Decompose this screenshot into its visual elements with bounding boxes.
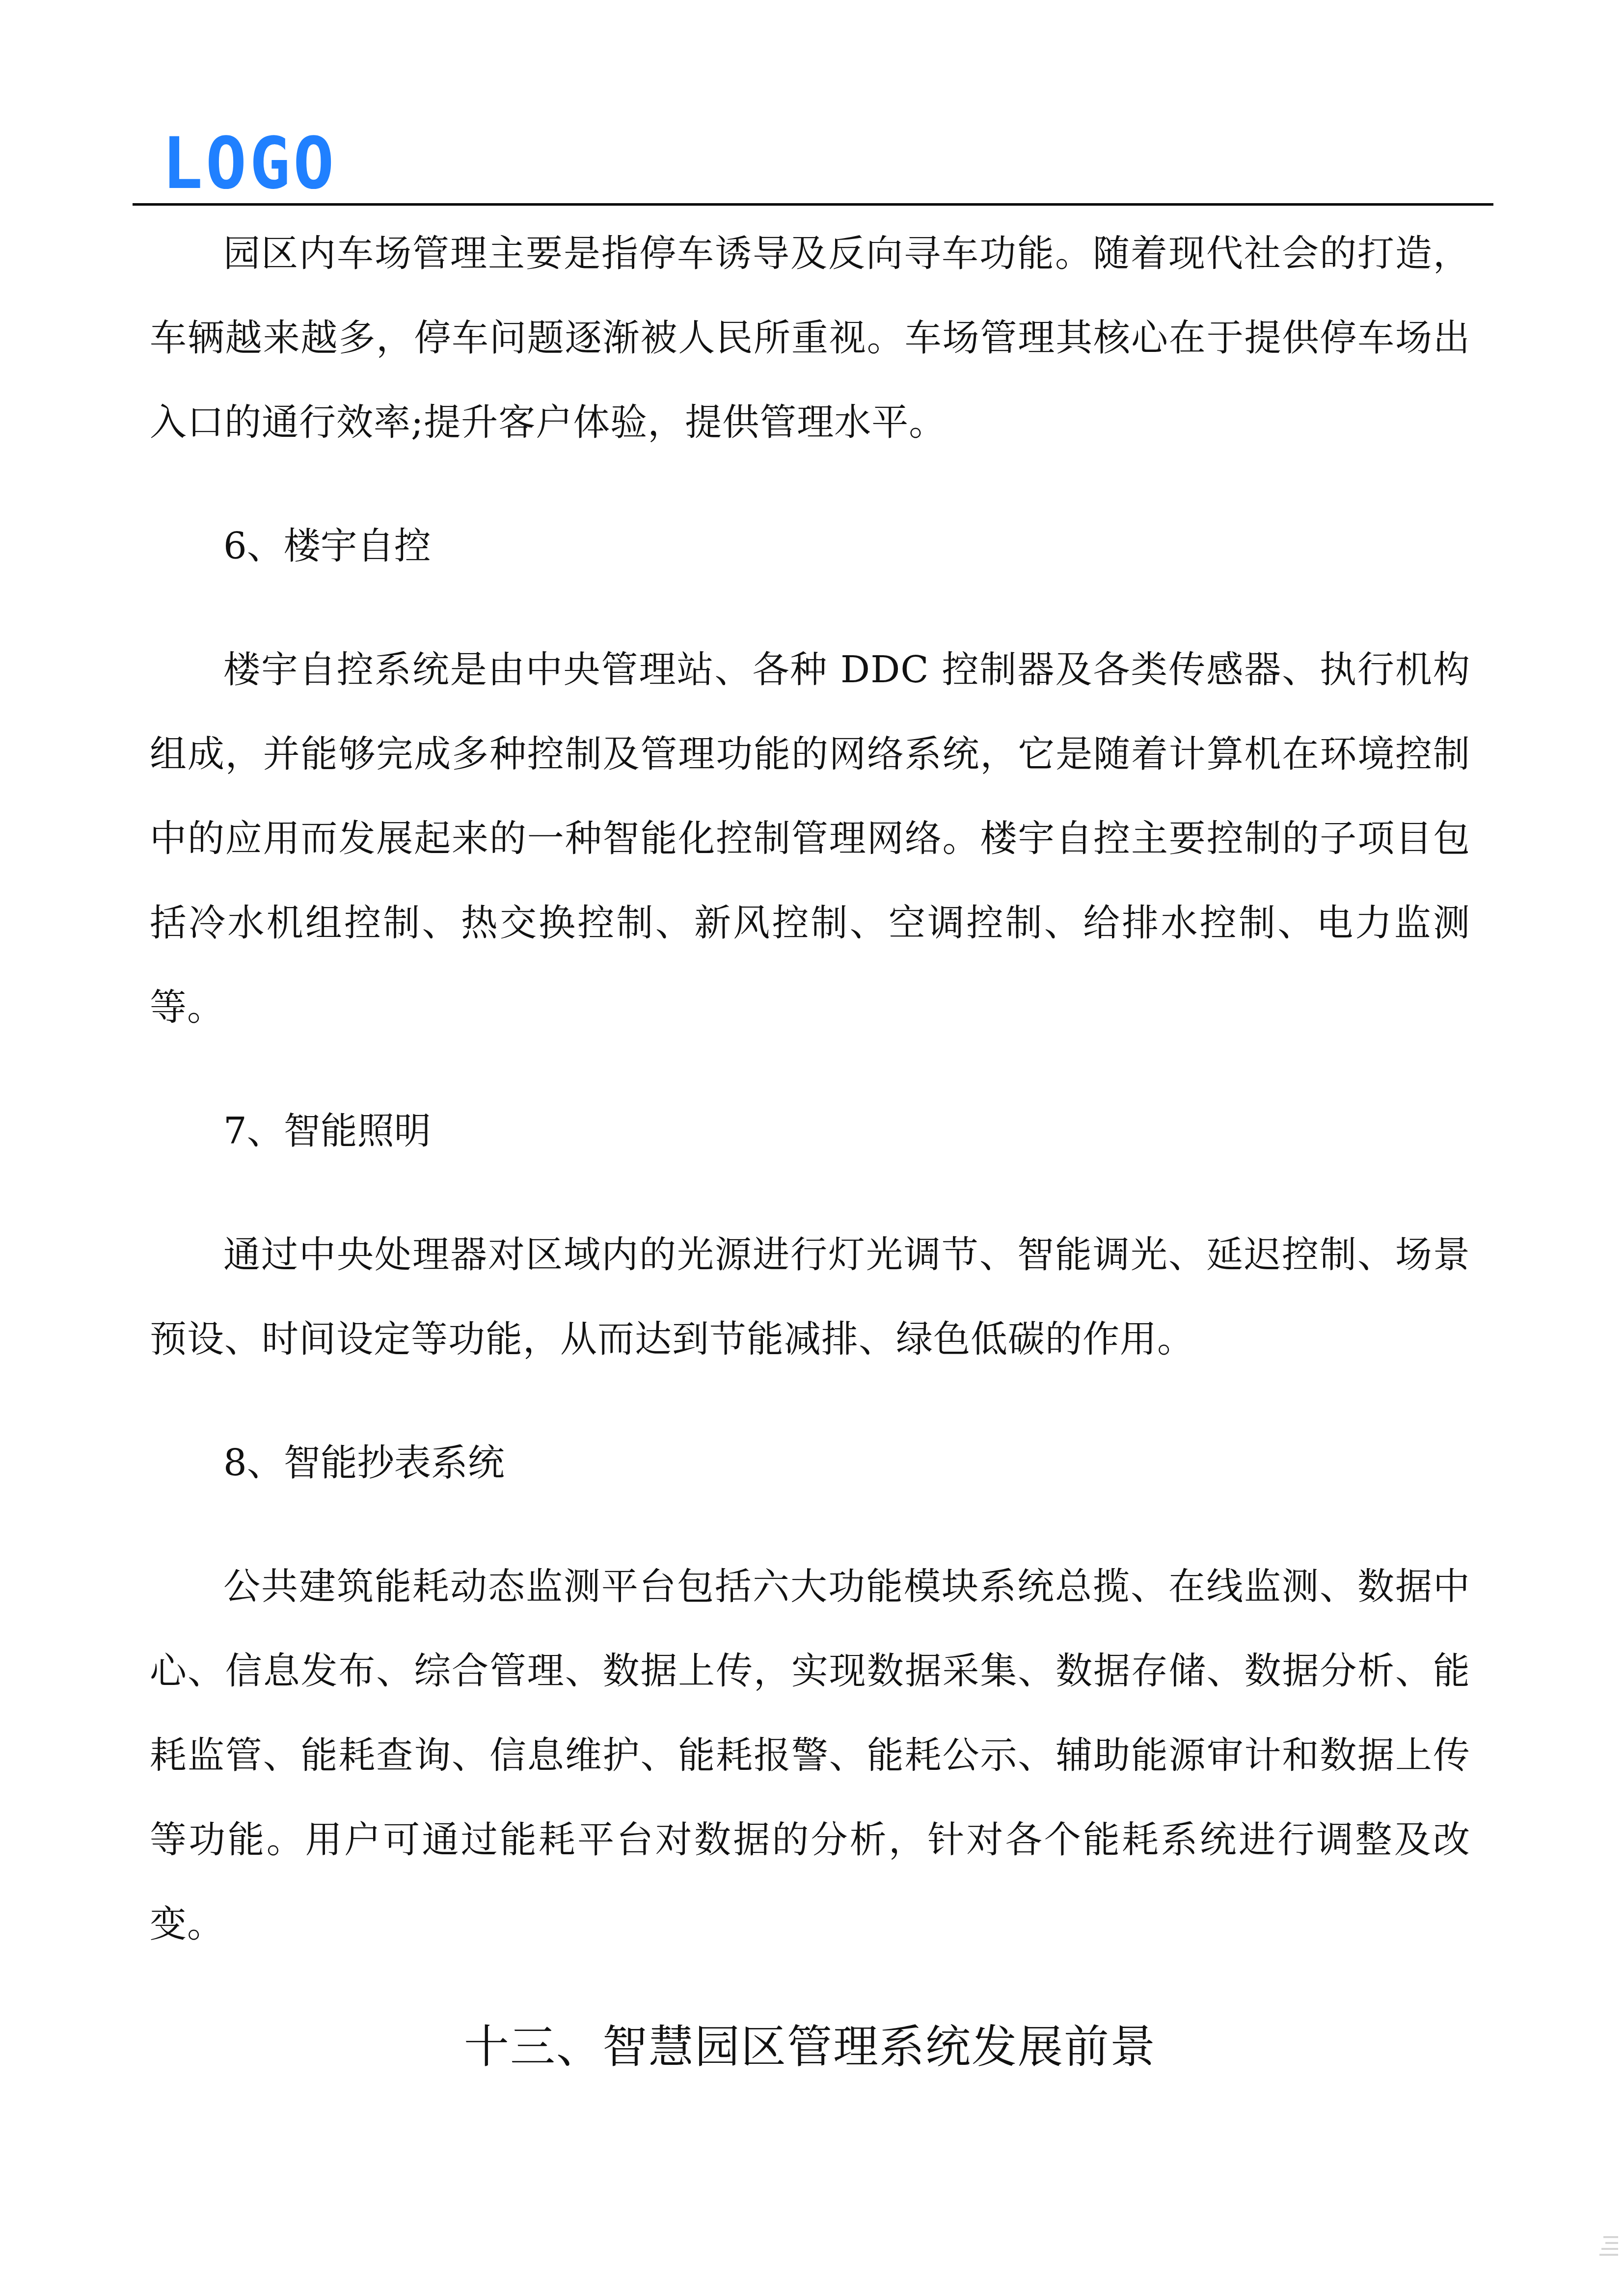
paragraph-parking-management: 园区内车场管理主要是指停车诱导及反向寻车功能。随着现代社会的打造，车辆越来越多，…: [150, 211, 1470, 464]
paragraph-smart-metering: 公共建筑能耗动态监测平台包括六大功能模块系统总揽、在线监测、数据中心、信息发布、…: [150, 1544, 1470, 1966]
document-body: 园区内车场管理主要是指停车诱导及反向寻车功能。随着现代社会的打造，车辆越来越多，…: [150, 211, 1470, 2079]
corner-watermark-icon: [1598, 2232, 1618, 2257]
heading-smart-metering: 8、智能抄表系统: [223, 1420, 1470, 1505]
logo: LOGO: [162, 136, 337, 190]
section-title-development-prospects: 十三、智慧园区管理系统发展前景: [150, 2015, 1470, 2079]
header-divider: [133, 203, 1493, 206]
heading-building-automation: 6、楼宇自控: [223, 504, 1470, 588]
paragraph-building-automation: 楼宇自控系统是由中央管理站、各种 DDC 控制器及各类传感器、执行机构组成，并能…: [150, 627, 1470, 1049]
paragraph-smart-lighting: 通过中央处理器对区域内的光源进行灯光调节、智能调光、延迟控制、场景预设、时间设定…: [150, 1212, 1470, 1381]
heading-smart-lighting: 7、智能照明: [223, 1089, 1470, 1173]
